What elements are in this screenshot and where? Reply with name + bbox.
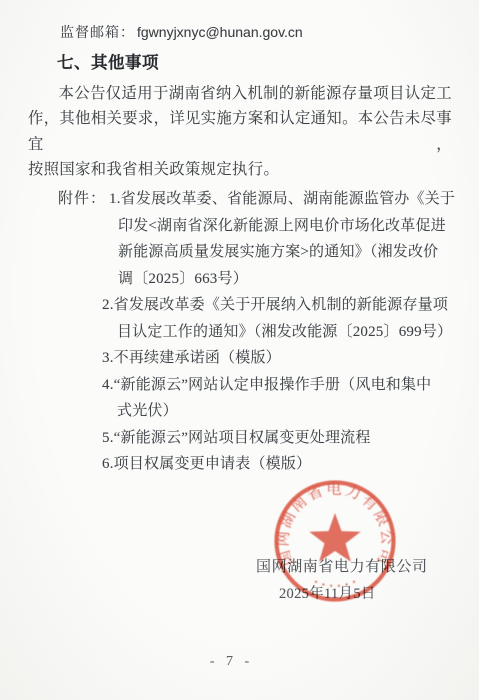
paragraph-line: 按照国家和我省相关政策规定执行。 [28, 157, 452, 182]
attachment-line: 目认定工作的通知》（湘发改能源〔2025〕699号） [58, 319, 463, 346]
body-paragraph: 本公告仅适用于湖南省纳入机制的新能源存量项目认定工 作，其他相关要求，详见实施方… [28, 81, 452, 183]
page-number: - 7 - [0, 654, 463, 670]
attachment-line: 5.“新能源云”网站项目权属变更处理流程 [58, 425, 463, 452]
attachment-line: 2.省发展改革委《关于开展纳入机制的新能源存量项 [58, 292, 463, 319]
section-heading: 七、其他事项 [57, 49, 159, 73]
supervision-email-line: 监督邮箱：fgwnyjxnyc@hunan.gov.cn [60, 22, 303, 42]
scanned-notice-page: 监督邮箱：fgwnyjxnyc@hunan.gov.cn 七、其他事项 本公告仅… [0, 0, 479, 700]
attachment-line: 6.项目权属变更申请表（模版） [58, 451, 463, 478]
email-label: 监督邮箱： [60, 26, 135, 41]
attachment-line: 3.不再续建承诺函（模版） [58, 345, 463, 372]
attachment-item-text: 1.省发展改革委、省能源局、湖南能源监管办《关于 [109, 191, 455, 207]
attachment-line: 附件：1.省发展改革委、省能源局、湖南能源监管办《关于 [58, 186, 463, 213]
paragraph-line: 作，其他相关要求，详见实施方案和认定通知。本公告未尽事宜， [28, 106, 452, 157]
attachment-line: 式光伏） [58, 398, 463, 425]
issuer-company-name: 国网湖南省电力有限公司 [256, 555, 428, 576]
attachments-block: 附件：1.省发展改革委、省能源局、湖南能源监管办《关于 印发<湖南省深化新能源上… [58, 186, 463, 478]
paragraph-line: 本公告仅适用于湖南省纳入机制的新能源存量项目认定工 [28, 81, 452, 106]
attachment-line: 4.“新能源云”网站认定申报操作手册（风电和集中 [58, 372, 463, 399]
attachment-line: 印发<湖南省深化新能源上网电价市场化改革促进 [58, 213, 463, 240]
attachment-line: 调〔2025〕663号） [58, 266, 463, 293]
attachments-label: 附件： [58, 191, 106, 207]
issue-date: 2025年11月5日 [279, 582, 376, 603]
email-address: fgwnyjxnyc@hunan.gov.cn [137, 24, 303, 40]
attachment-line: 新能源高质量发展实施方案>的通知》（湘发改价 [58, 239, 463, 266]
